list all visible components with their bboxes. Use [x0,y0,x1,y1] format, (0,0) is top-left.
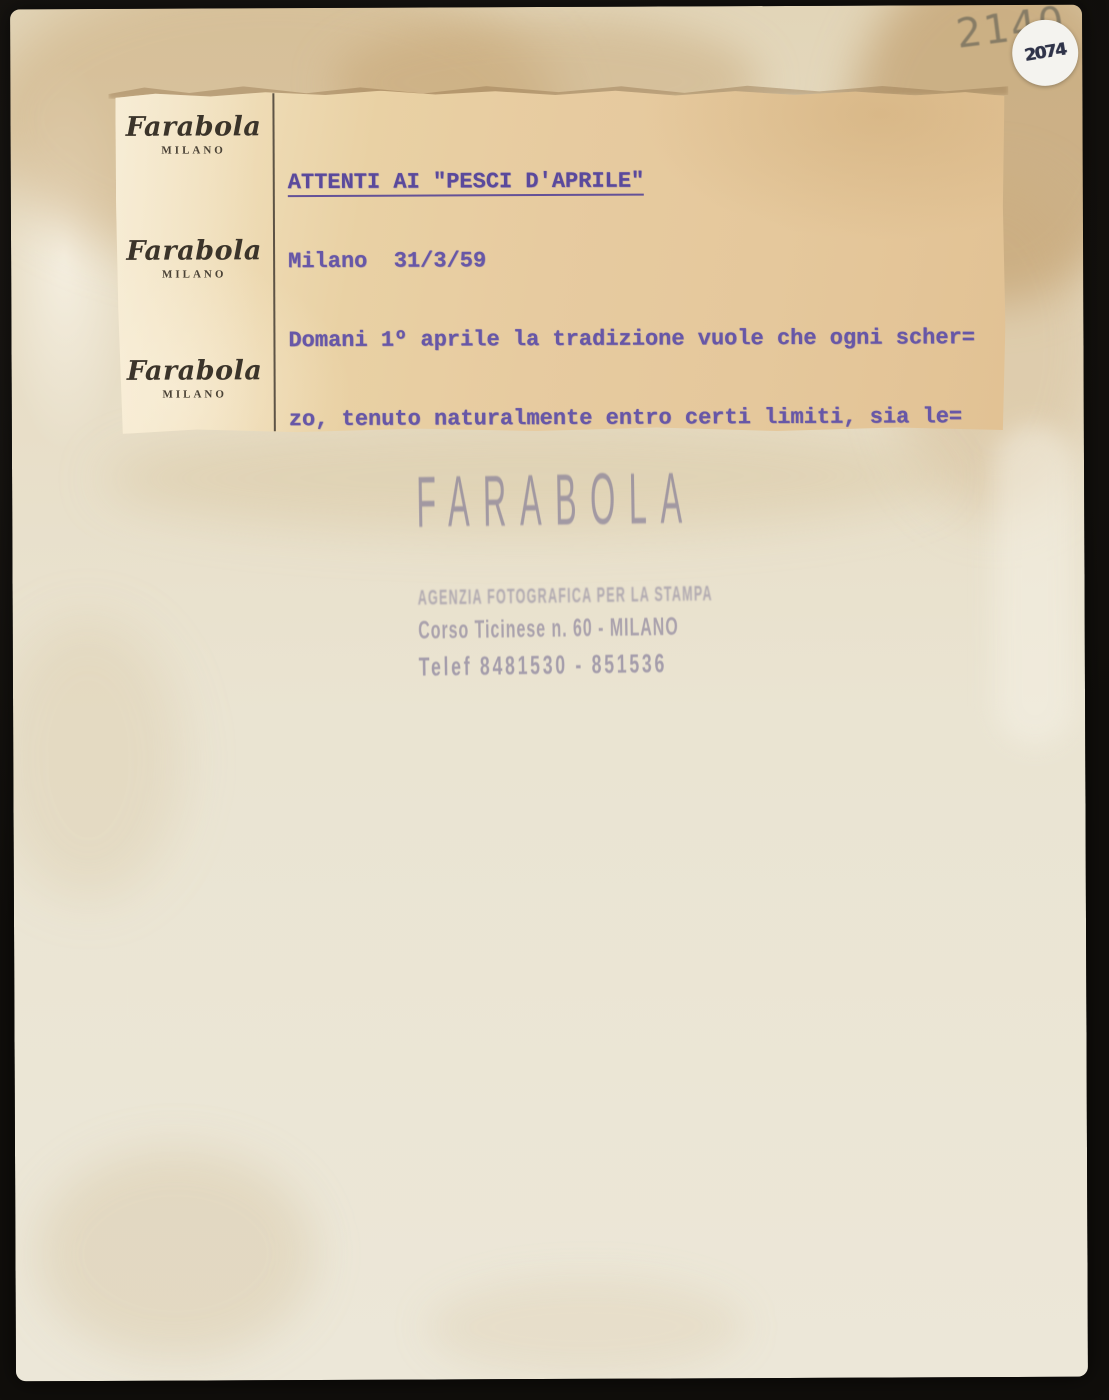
agency-stamp-name: FARABOLA [416,461,696,541]
caption-body-line: gesso sulle schiena delle persone in man… [290,721,1004,751]
farabola-logo: Farabola MILANO [123,113,263,157]
paper-crease-highlight [994,425,1075,745]
caption-body-line: zo, tenuto naturalmente entro certi limi… [289,404,1003,434]
caption-label: Farabola MILANO Farabola MILANO Farabola… [115,86,1005,434]
farabola-logo-script: Farabola [123,113,263,142]
label-divider [272,93,275,431]
caption-dateline: Milano 31/3/59 [288,246,1002,276]
farabola-logo: Farabola MILANO [124,237,264,281]
farabola-logo-script: Farabola [124,237,264,266]
photo-verso-paper: 2140 2074 Farabola MILANO Farabola MILAN… [10,5,1088,1382]
sticker-number: 2074 [1023,40,1067,66]
caption-photo-text: "pesce d'aprile". [436,960,700,986]
agency-stamp-phone: Telef 8481530 - 851536 [419,648,668,683]
agency-stamp: FARABOLA AGENZIA FOTOGRAFICA PER LA STAM… [416,459,820,705]
paper-stain [10,619,184,900]
farabola-logo-city: MILANO [125,388,265,401]
farabola-logo-city: MILANO [124,268,264,281]
caption-body-line: queste non essendosene accorte suscitino… [290,800,1004,830]
caption-photo-line: NELLA FOTO: "pesce d'aprile". [291,959,1005,989]
paper-stain [35,1148,316,1359]
agency-stamp-subtitle: AGENZIA FOTOGRAFICA PER LA STAMPA [418,582,713,610]
paper-stain [426,1276,746,1377]
farabola-logo-script: Farabola [125,357,265,386]
caption-photo-prefix: NELLA FOTO: [291,961,436,989]
caption-body-line: risate. [291,880,1005,910]
farabola-logo: Farabola MILANO [125,357,265,401]
caption-body-line: Domani 1º aprile la tradizione vuole che… [288,325,1002,355]
logo-column: Farabola MILANO Farabola MILANO Farabola… [115,89,273,434]
archive-sticker: 2074 [1012,20,1078,86]
farabola-logo-city: MILANO [124,144,264,157]
caption-title: ATTENTI AI "PESCI D'APRILE" [288,167,1002,197]
agency-stamp-address: Corso Ticinese n. 60 - MILANO [418,613,679,646]
